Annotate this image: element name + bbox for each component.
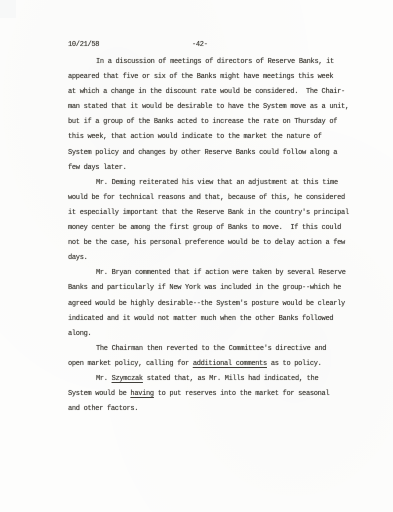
document-line: would be for technical reasons and that,… (68, 191, 368, 206)
underlined-text: Szymczak (112, 375, 143, 383)
document-line: System would be having to put reserves i… (68, 387, 368, 402)
scan-artifact (0, 0, 16, 18)
document-line: Mr. Bryan commented that if action were … (68, 266, 368, 281)
underlined-text: additional comments (193, 360, 267, 368)
text-segment: stated that, as Mr. Mills had indicated,… (143, 375, 319, 383)
document-page: 10/21/58 -42- In a discussion of meeting… (0, 0, 393, 512)
document-line: Mr. Deming reiterated his view that an a… (68, 176, 368, 191)
underlined-text: having (130, 390, 153, 398)
page-number: -42- (192, 41, 208, 49)
document-line: In a discussion of meetings of directors… (68, 55, 368, 70)
document-line: money center be among the first group of… (68, 221, 368, 236)
document-line: The Chairman then reverted to the Commit… (68, 342, 368, 357)
document-line: Banks and particularly if New York was i… (68, 281, 368, 296)
document-line: indicated and it would not matter much w… (68, 312, 368, 327)
document-line: but if a group of the Banks acted to inc… (68, 115, 368, 130)
document-line: man stated that it would be desirable to… (68, 100, 368, 115)
text-segment: to put reserves into the market for seas… (154, 390, 330, 398)
text-segment: as to policy. (267, 360, 322, 368)
document-body: In a discussion of meetings of directors… (68, 55, 368, 417)
document-line: appeared that five or six of the Banks m… (68, 70, 368, 85)
document-line: few days later. (68, 161, 368, 176)
document-line: and other factors. (68, 402, 368, 417)
document-line: agreed would be highly desirable--the Sy… (68, 297, 368, 312)
document-line: along. (68, 327, 368, 342)
text-segment: Mr. (96, 375, 112, 383)
text-segment: open market policy, calling for (68, 360, 193, 368)
document-line: at which a change in the discount rate w… (68, 85, 368, 100)
document-line: this week, that action would indicate to… (68, 130, 368, 145)
text-segment: System would be (68, 390, 130, 398)
document-date: 10/21/58 (68, 41, 99, 49)
document-line: System policy and changes by other Reser… (68, 146, 368, 161)
document-line: not be the case, his personal preference… (68, 236, 368, 251)
document-line: Mr. Szymczak stated that, as Mr. Mills h… (68, 372, 368, 387)
document-line: open market policy, calling for addition… (68, 357, 368, 372)
page-header: 10/21/58 -42- (68, 41, 346, 53)
document-line: days. (68, 251, 368, 266)
document-line: it especially important that the Reserve… (68, 206, 368, 221)
